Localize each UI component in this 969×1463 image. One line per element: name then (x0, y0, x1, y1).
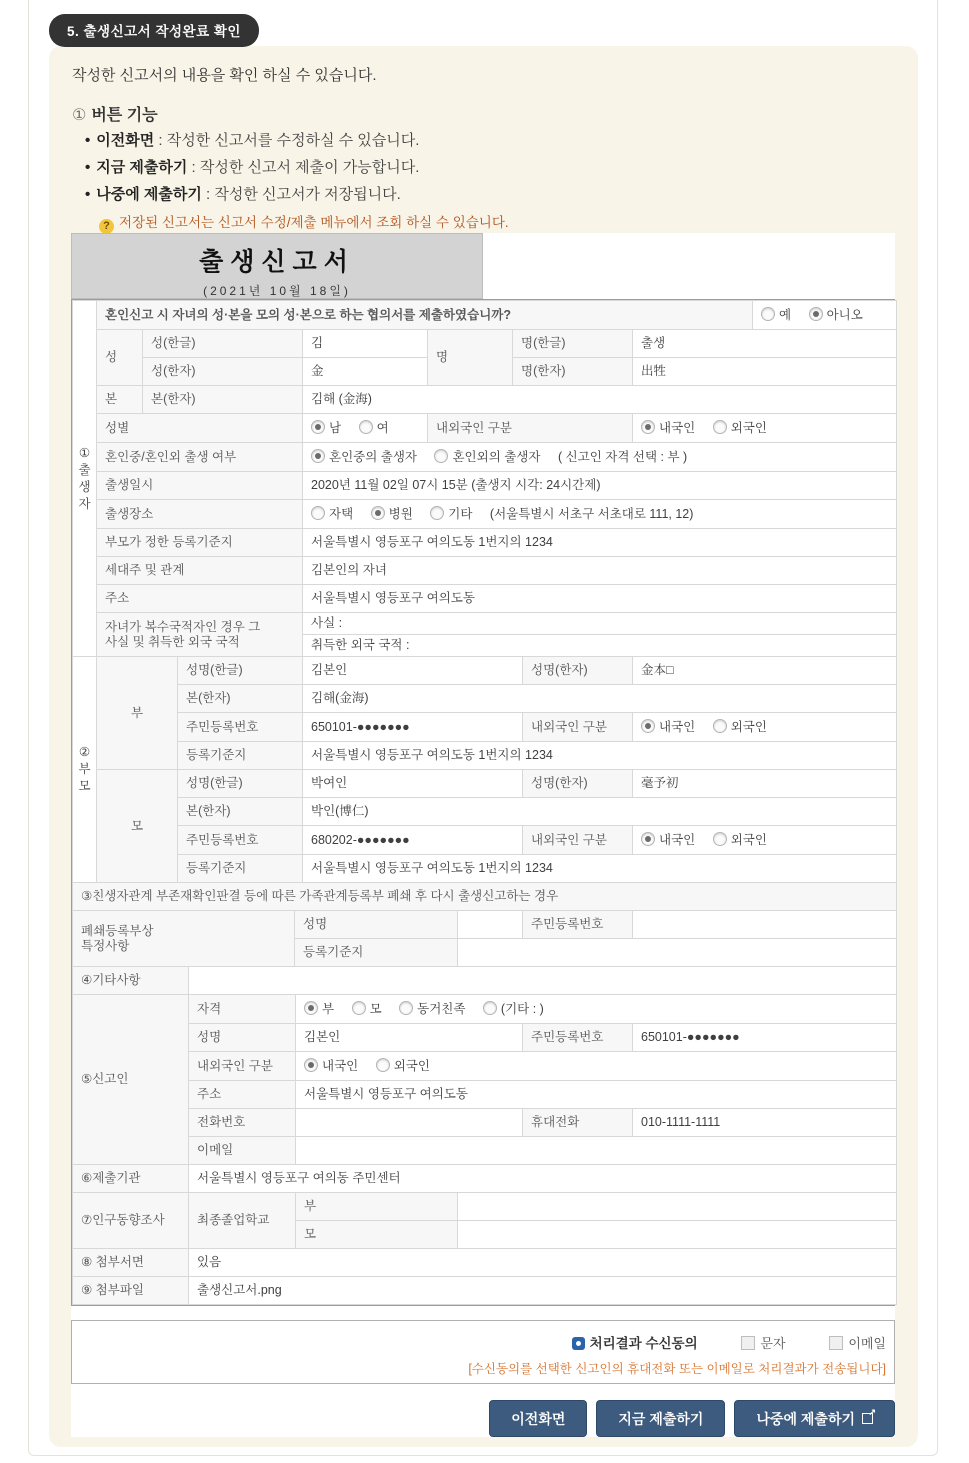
checkbox-icon[interactable] (741, 1336, 755, 1350)
circled-one-icon: ① (72, 107, 86, 124)
page-container: 5. 출생신고서 작성완료 확인 작성한 신고서의 내용을 확인 하실 수 있습… (28, 0, 938, 1456)
radio-label: 내국인 (322, 1059, 358, 1073)
guide-title: ①버튼 기능 (72, 102, 158, 125)
guide-item: •나중에 제출하기 : 작성한 신고서가 저장됩니다. (85, 186, 419, 204)
guide-term: 지금 제출하기 (96, 159, 187, 176)
table-row: 자녀가 복수국적자인 경우 그 사실 및 취득한 외국 국적 사실 : (73, 613, 897, 635)
etc-value (189, 967, 897, 995)
section-child-label: ① 출 생 자 (73, 301, 97, 657)
step-title-pill: 5. 출생신고서 작성완료 확인 (49, 14, 259, 47)
marital-radios: 혼인중의 출생자 혼인외의 출생자 ( 신고인 자격 선택 : 부 ) (303, 443, 897, 472)
radio-foreigner[interactable]: 외국인 (713, 420, 767, 436)
gender-radios: 남 여 (303, 414, 428, 443)
table-row: 본(한자) 김해(金海) (73, 685, 897, 713)
householder-value: 김본인의 자녀 (303, 557, 897, 585)
gender-label: 성별 (97, 414, 303, 443)
declarant-rrn-value: 650101-●●●●●●● (633, 1024, 897, 1052)
declarant-address-value: 서울특별시 영등포구 여의도동 (296, 1081, 897, 1109)
mother-registry-label: 등록기준지 (178, 855, 303, 883)
table-row: 본(한자) 박인(博仁) (73, 798, 897, 826)
result-consent-box: 처리결과 수신동의 문자 이메일 [수신동의를 선택한 신고인의 휴대전화 또는… (71, 1320, 895, 1384)
closed-label: 폐쇄등록부상 특정사항 (73, 911, 295, 967)
mother-name-kr-value: 박여인 (303, 770, 523, 798)
attachments-table: ⑧ 첨부서면 있음 ⑨ 첨부파일 출생신고서.png (72, 1248, 897, 1305)
father-name-kr-value: 김본인 (303, 657, 523, 685)
child-address-value: 서울특별시 영등포구 여의도동 (303, 585, 897, 613)
surname-kr-label: 성(한글) (143, 330, 303, 358)
mother-name-cn-value: 毫予初 (633, 770, 897, 798)
guide-item: •지금 제출하기 : 작성한 신고서 제출이 가능합니다. (85, 159, 419, 177)
mother-registry-value: 서울특별시 영등포구 여의도동 1번지의 1234 (303, 855, 897, 883)
bon-group-label: 본 (97, 386, 143, 414)
consent-line: 처리결과 수신동의 문자 이메일 (72, 1332, 886, 1352)
table-row: 등록기준지 서울특별시 영등포구 여의도동 1번지의 1234 (73, 742, 897, 770)
radio-icon[interactable] (641, 832, 655, 846)
intro-text: 작성한 신고서의 내용을 확인 하실 수 있습니다. (72, 64, 376, 85)
table-row: 출생장소 자택 병원 기타 (서울특별시 서초구 서초대로 111, 12) (73, 500, 897, 529)
checkbox-sms[interactable]: 문자 (741, 1333, 785, 1352)
census-mother-label: 모 (296, 1221, 458, 1249)
form-sheet: 출생신고서 (2021년 10월 18일) ① 출 생 자 혼인신고 시 자녀의… (71, 233, 895, 1437)
radio-label: 여 (377, 421, 389, 435)
radio-hospital[interactable]: 병원 (371, 506, 413, 522)
radio-label: 부 (322, 1002, 334, 1016)
radio-label: 병원 (389, 507, 413, 521)
table-row: ⑦인구동향조사 최종졸업학교 부 (73, 1193, 897, 1221)
agency-label: ⑥제출기관 (73, 1165, 189, 1193)
table-row: 혼인중/혼인외 출생 여부 혼인중의 출생자 혼인외의 출생자 ( 신고인 자격… (73, 443, 897, 472)
table-row: 세대주 및 관계 김본인의 자녀 (73, 557, 897, 585)
table-row: 성 성(한글) 김 명 명(한글) 출생 (73, 330, 897, 358)
radio-icon[interactable] (311, 449, 325, 463)
givenname-kr-value: 출생 (633, 330, 897, 358)
declarant-rrn-label: 주민등록번호 (523, 1024, 633, 1052)
checkbox-icon[interactable] (829, 1336, 843, 1350)
mother-rrn-value: 680202-●●●●●●● (303, 826, 523, 855)
radio-label: 혼인외의 출생자 (452, 450, 540, 464)
prev-screen-button[interactable]: 이전화면 (489, 1400, 587, 1437)
radio-label: 외국인 (731, 720, 767, 734)
closed-reg-value (458, 939, 897, 967)
radio-other-qualification[interactable]: (기타 : ) (483, 1001, 544, 1017)
checkbox-label: 문자 (760, 1336, 785, 1351)
closed-rrn-label: 주민등록번호 (523, 911, 633, 939)
attach-doc-label: ⑧ 첨부서면 (73, 1249, 189, 1277)
table-row: 전화번호 휴대전화 010-1111-1111 (73, 1109, 897, 1137)
radio-other[interactable]: 기타 (430, 506, 472, 522)
table-row: 주민등록번호 680202-●●●●●●● 내외국인 구분 내국인 외국인 (73, 826, 897, 855)
radio-father[interactable]: 부 (304, 1001, 334, 1017)
table-row: 주소 서울특별시 영등포구 여의도동 (73, 585, 897, 613)
radio-label: 남 (329, 421, 341, 435)
declarant-name-label: 성명 (189, 1024, 296, 1052)
child-registry-label: 부모가 정한 등록기준지 (97, 529, 303, 557)
father-role-label: 부 (97, 657, 178, 770)
attach-file-value: 출생신고서.png (189, 1277, 897, 1305)
mother-nat-radios: 내국인 외국인 (633, 826, 897, 855)
guide-item: •이전화면 : 작성한 신고서를 수정하실 수 있습니다. (85, 132, 419, 150)
father-name-cn-value: 金本□ (633, 657, 897, 685)
radio-korean[interactable]: 내국인 (304, 1058, 358, 1074)
etc-table: ④기타사항 (72, 966, 897, 995)
guide-term: 나중에 제출하기 (96, 186, 202, 203)
form-title: 출생신고서 (72, 242, 482, 278)
radio-label: 자택 (329, 507, 353, 521)
birth-datetime-value: 2020년 11월 02일 07시 15분 (출생지 시각: 24시간제) (303, 472, 897, 500)
census-father-label: 부 (296, 1193, 458, 1221)
birth-place-label: 출생장소 (97, 500, 303, 529)
table-row: ⑨ 첨부파일 출생신고서.png (73, 1277, 897, 1305)
table-row: ① 출 생 자 혼인신고 시 자녀의 성·본을 모의 성·본으로 하는 협의서를… (73, 301, 897, 330)
radio-icon[interactable] (641, 719, 655, 733)
child-nationality-radios: 내국인 외국인 (633, 414, 897, 443)
form-date: (2021년 10월 18일) (72, 282, 482, 299)
multinational-fact: 사실 : (303, 613, 897, 635)
guide-note: ?저장된 신고서는 신고서 수정/제출 메뉴에서 조회 하실 수 있습니다. (99, 211, 509, 234)
birth-place-radios: 자택 병원 기타 (서울특별시 서초구 서초대로 111, 12) (303, 500, 897, 529)
surname-cn-label: 성(한자) (143, 358, 303, 386)
closed-section-title: ③친생자관계 부존재확인판결 등에 따른 가족관계등록부 폐쇄 후 다시 출생신… (73, 883, 897, 911)
givenname-cn-value: 出牲 (633, 358, 897, 386)
child-registry-value: 서울특별시 영등포구 여의도동 1번지의 1234 (303, 529, 897, 557)
mobile-label: 휴대전화 (523, 1109, 633, 1137)
guide-desc: : 작성한 신고서 제출이 가능합니다. (192, 159, 420, 176)
attach-file-label: ⑨ 첨부파일 (73, 1277, 189, 1305)
closed-reg-label: 등록기준지 (295, 939, 458, 967)
qualification-label: 자격 (189, 995, 296, 1024)
email-label: 이메일 (189, 1137, 296, 1165)
radio-icon[interactable] (311, 420, 325, 434)
birth-datetime-label: 출생일시 (97, 472, 303, 500)
form-title-box: 출생신고서 (2021년 10월 18일) (71, 233, 483, 299)
radio-korean[interactable]: 내국인 (641, 719, 695, 735)
radio-male[interactable]: 남 (311, 420, 341, 436)
census-label: ⑦인구동향조사 (73, 1193, 189, 1249)
section-parents-label: ② 부 모 (73, 657, 97, 883)
radio-icon[interactable] (809, 307, 823, 321)
father-name-cn-label: 성명(한자) (523, 657, 633, 685)
father-name-kr-label: 성명(한글) (178, 657, 303, 685)
radio-label: 동거친족 (417, 1002, 465, 1016)
closed-name-value (458, 911, 523, 939)
radio-label: 외국인 (394, 1059, 430, 1073)
consent-question-radios: 예 아니오 (753, 301, 897, 330)
father-registry-label: 등록기준지 (178, 742, 303, 770)
table-row: 성별 남 여 내외국인 구분 내국인 외국인 (73, 414, 897, 443)
agency-value: 서울특별시 영등포구 여의동 주민센터 (189, 1165, 897, 1193)
content-panel: 작성한 신고서의 내용을 확인 하실 수 있습니다. ①버튼 기능 •이전화면 … (49, 46, 918, 1447)
button-label: 지금 제출하기 (618, 1409, 703, 1429)
radio-label: 내국인 (659, 833, 695, 847)
table-row: 모 성명(한글) 박여인 성명(한자) 毫予初 (73, 770, 897, 798)
guide-note-text: 저장된 신고서는 신고서 수정/제출 메뉴에서 조회 하실 수 있습니다. (119, 215, 509, 230)
radio-label: 예 (779, 308, 791, 322)
father-rrn-value: 650101-●●●●●●● (303, 713, 523, 742)
table-row: 내외국인 구분 내국인 외국인 (73, 1052, 897, 1081)
declarant-section-label: ⑤신고인 (73, 995, 189, 1165)
submit-later-button[interactable]: 나중에 제출하기 (734, 1400, 895, 1437)
table-row: 본 본(한자) 김해 (金海) (73, 386, 897, 414)
table-row: 주소 서울특별시 영등포구 여의도동 (73, 1081, 897, 1109)
declarant-address-label: 주소 (189, 1081, 296, 1109)
table-row: 폐쇄등록부상 특정사항 성명 주민등록번호 (73, 911, 897, 939)
section-parents-text: ② 부 모 (74, 744, 95, 795)
mother-nat-label: 내외국인 구분 (523, 826, 633, 855)
consent-note: [수신동의를 선택한 신고인의 휴대전화 또는 이메일로 처리결과가 전송됩니다… (72, 1359, 886, 1377)
radio-icon[interactable] (761, 307, 775, 321)
census-school-label: 최종졸업학교 (189, 1193, 296, 1249)
bon-label: 본(한자) (143, 386, 303, 414)
radio-female[interactable]: 여 (359, 420, 389, 436)
phone-value (296, 1109, 523, 1137)
radio-icon[interactable] (641, 420, 655, 434)
radio-korean[interactable]: 내국인 (641, 420, 695, 436)
father-rrn-label: 주민등록번호 (178, 713, 303, 742)
father-bon-label: 본(한자) (178, 685, 303, 713)
mother-rrn-label: 주민등록번호 (178, 826, 303, 855)
child-address-label: 주소 (97, 585, 303, 613)
surname-kr-value: 김 (303, 330, 428, 358)
radio-icon[interactable] (371, 506, 385, 520)
radio-in-wedlock[interactable]: 혼인중의 출생자 (311, 449, 417, 465)
declarant-nat-radios: 내국인 외국인 (296, 1052, 897, 1081)
father-nat-label: 내외국인 구분 (523, 713, 633, 742)
table-row: ② 부 모 부 성명(한글) 김본인 성명(한자) 金本□ (73, 657, 897, 685)
consent-question-cell: 혼인신고 시 자녀의 성·본을 모의 성·본으로 하는 협의서를 제출하였습니까… (97, 301, 753, 330)
bullet-icon: • (85, 159, 90, 176)
radio-icon[interactable] (434, 449, 448, 463)
declarant-name-value: 김본인 (296, 1024, 523, 1052)
radio-icon[interactable] (304, 1058, 318, 1072)
father-nat-radios: 내국인 외국인 (633, 713, 897, 742)
givenname-cn-label: 명(한자) (513, 358, 633, 386)
closed-registry-table: ③친생자관계 부존재확인판결 등에 따른 가족관계등록부 폐쇄 후 다시 출생신… (72, 882, 897, 967)
guide-desc: : 작성한 신고서를 수정하실 수 있습니다. (158, 132, 419, 149)
radio-label: 아니오 (827, 308, 863, 322)
radio-mother[interactable]: 모 (352, 1001, 382, 1017)
attach-doc-value: 있음 (189, 1249, 897, 1277)
button-label: 이전화면 (511, 1409, 565, 1429)
radio-no[interactable]: 아니오 (809, 307, 863, 323)
census-mother-value (458, 1221, 897, 1249)
table-row: 성명 김본인 주민등록번호 650101-●●●●●●● (73, 1024, 897, 1052)
bullet-icon: • (85, 132, 90, 149)
radio-label: 외국인 (731, 833, 767, 847)
radio-icon[interactable] (713, 832, 727, 846)
radio-label: 모 (370, 1002, 382, 1016)
father-bon-value: 김해(金海) (303, 685, 897, 713)
radio-icon[interactable] (483, 1001, 497, 1015)
guide-title-text: 버튼 기능 (91, 107, 157, 124)
child-section-table: ① 출 생 자 혼인신고 시 자녀의 성·본을 모의 성·본으로 하는 협의서를… (72, 300, 897, 657)
arrow-badge-icon (572, 1337, 585, 1350)
surname-cn-value: 金 (303, 358, 428, 386)
birth-place-suffix: (서울특별시 서초구 서초대로 111, 12) (490, 507, 694, 521)
radio-icon[interactable] (430, 506, 444, 520)
bon-value: 김해 (金海) (303, 386, 897, 414)
closed-name-label: 성명 (295, 911, 458, 939)
surname-group-label: 성 (97, 330, 143, 386)
section-child-text: ① 출 생 자 (74, 445, 95, 513)
marital-label: 혼인중/혼인외 출생 여부 (97, 443, 303, 472)
guide-list: •이전화면 : 작성한 신고서를 수정하실 수 있습니다. •지금 제출하기 :… (85, 132, 419, 213)
table-row: 이메일 (73, 1137, 897, 1165)
radio-label: 내국인 (659, 421, 695, 435)
radio-out-wedlock[interactable]: 혼인외의 출생자 (434, 449, 540, 465)
mother-bon-label: 본(한자) (178, 798, 303, 826)
radio-korean[interactable]: 내국인 (641, 832, 695, 848)
button-label: 나중에 제출하기 (756, 1409, 855, 1429)
multinational-label: 자녀가 복수국적자인 경우 그 사실 및 취득한 외국 국적 (97, 613, 303, 657)
radio-label: 혼인중의 출생자 (329, 450, 417, 464)
mother-role-label: 모 (97, 770, 178, 883)
radio-icon[interactable] (399, 1001, 413, 1015)
table-row: 주민등록번호 650101-●●●●●●● 내외국인 구분 내국인 외국인 (73, 713, 897, 742)
radio-home[interactable]: 자택 (311, 506, 353, 522)
mother-bon-value: 박인(博仁) (303, 798, 897, 826)
declarant-nat-label: 내외국인 구분 (189, 1052, 296, 1081)
question-icon: ? (99, 219, 114, 234)
checkbox-email[interactable]: 이메일 (829, 1333, 886, 1352)
mother-name-cn-label: 성명(한자) (523, 770, 633, 798)
agency-table: ⑥제출기관 서울특별시 영등포구 여의동 주민센터 (72, 1164, 897, 1193)
census-father-value (458, 1193, 897, 1221)
email-value (296, 1137, 897, 1165)
radio-icon[interactable] (359, 420, 373, 434)
table-row: 부모가 정한 등록기준지 서울특별시 영등포구 여의도동 1번지의 1234 (73, 529, 897, 557)
etc-label: ④기타사항 (73, 967, 189, 995)
householder-label: 세대주 및 관계 (97, 557, 303, 585)
givenname-group-label: 명 (428, 330, 513, 386)
radio-cohabiting-relative[interactable]: 동거친족 (399, 1001, 465, 1017)
table-row: ⑧ 첨부서면 있음 (73, 1249, 897, 1277)
bullet-icon: • (85, 186, 90, 203)
census-table: ⑦인구동향조사 최종졸업학교 부 모 (72, 1192, 897, 1249)
radio-icon[interactable] (713, 420, 727, 434)
phone-label: 전화번호 (189, 1109, 296, 1137)
radio-icon[interactable] (304, 1001, 318, 1015)
mobile-value: 010-1111-1111 (633, 1109, 897, 1137)
radio-label: (기타 : ) (501, 1002, 544, 1016)
mother-name-kr-label: 성명(한글) (178, 770, 303, 798)
checkbox-label: 이메일 (848, 1336, 886, 1351)
radio-label: 기타 (448, 507, 472, 521)
father-registry-value: 서울특별시 영등포구 여의도동 1번지의 1234 (303, 742, 897, 770)
action-buttons: 이전화면 지금 제출하기 나중에 제출하기 (71, 1400, 895, 1437)
declarant-table: ⑤신고인 자격 부 모 동거친족 (기타 : ) 성명 김본인 주민등록번호 (72, 994, 897, 1165)
radio-yes[interactable]: 예 (761, 307, 791, 323)
parents-section-table: ② 부 모 부 성명(한글) 김본인 성명(한자) 金本□ 본(한자) 김해(金… (72, 656, 897, 883)
birth-form: ① 출 생 자 혼인신고 시 자녀의 성·본을 모의 성·본으로 하는 협의서를… (71, 299, 895, 1306)
submit-now-button[interactable]: 지금 제출하기 (596, 1400, 725, 1437)
radio-icon[interactable] (376, 1058, 390, 1072)
table-row: 출생일시 2020년 11월 02일 07시 15분 (출생지 시각: 24시간… (73, 472, 897, 500)
radio-foreigner[interactable]: 외국인 (713, 719, 767, 735)
multinational-acquired: 취득한 외국 국적 : (303, 635, 897, 657)
radio-icon[interactable] (713, 719, 727, 733)
givenname-kr-label: 명(한글) (513, 330, 633, 358)
external-link-icon (862, 1413, 873, 1424)
qualification-radios: 부 모 동거친족 (기타 : ) (296, 995, 897, 1024)
form-header: 출생신고서 (2021년 10월 18일) (71, 233, 895, 299)
guide-desc: : 작성한 신고서가 저장됩니다. (206, 186, 401, 203)
table-row: ⑤신고인 자격 부 모 동거친족 (기타 : ) (73, 995, 897, 1024)
radio-label: 내국인 (659, 720, 695, 734)
radio-icon[interactable] (311, 506, 325, 520)
radio-foreigner[interactable]: 외국인 (713, 832, 767, 848)
radio-label: 외국인 (731, 421, 767, 435)
table-row: 등록기준지 서울특별시 영등포구 여의도동 1번지의 1234 (73, 855, 897, 883)
table-row: ③친생자관계 부존재확인판결 등에 따른 가족관계등록부 폐쇄 후 다시 출생신… (73, 883, 897, 911)
closed-rrn-value (633, 911, 897, 939)
marital-suffix: ( 신고인 자격 선택 : 부 ) (558, 450, 687, 464)
table-row: ⑥제출기관 서울특별시 영등포구 여의동 주민센터 (73, 1165, 897, 1193)
child-nationality-label: 내외국인 구분 (428, 414, 633, 443)
radio-icon[interactable] (352, 1001, 366, 1015)
guide-term: 이전화면 (96, 132, 154, 149)
radio-foreigner[interactable]: 외국인 (376, 1058, 430, 1074)
consent-title: 처리결과 수신동의 (590, 1336, 698, 1351)
table-row: ④기타사항 (73, 967, 897, 995)
